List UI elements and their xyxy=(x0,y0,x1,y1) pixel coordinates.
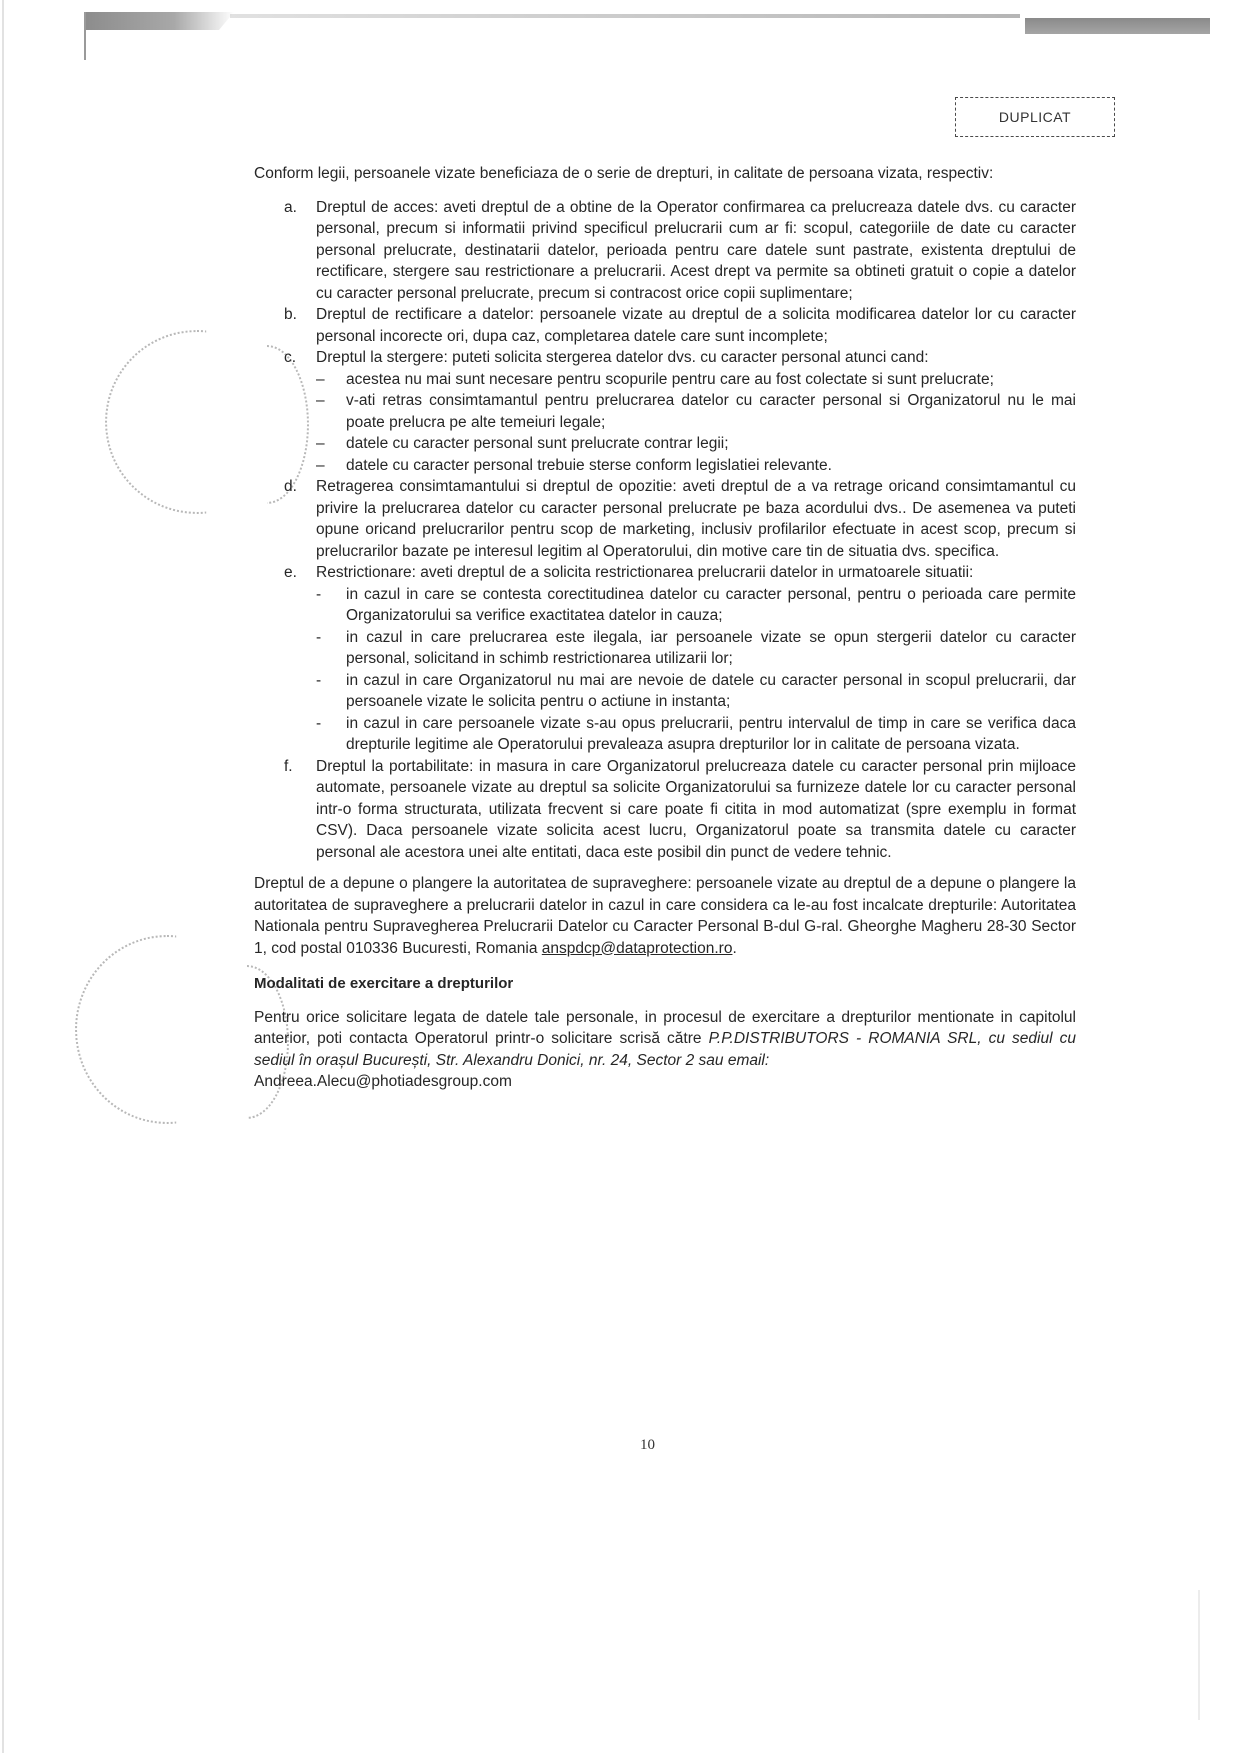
dash-bullet-icon: – xyxy=(316,390,325,412)
right-text: Dreptul de rectificare a datelor: persoa… xyxy=(316,306,1076,345)
document-body: Conform legii, persoanele vizate benefic… xyxy=(254,163,1076,1093)
list-marker: e. xyxy=(284,562,297,584)
scan-edge-top-left xyxy=(84,12,86,60)
faded-seal-stamp-icon xyxy=(75,935,259,1124)
condition-item: –datele cu caracter personal sunt preluc… xyxy=(316,433,1076,455)
condition-item: -in cazul in care persoanele vizate s-au… xyxy=(316,713,1076,756)
hyphen-bullet-icon: - xyxy=(316,584,321,606)
page-number: 10 xyxy=(640,1437,655,1454)
dash-bullet-icon: – xyxy=(316,433,325,455)
right-item-restriction: e. Restrictionare: aveti dreptul de a so… xyxy=(254,562,1076,756)
intro-paragraph: Conform legii, persoanele vizate benefic… xyxy=(254,163,1076,185)
scan-edge-left xyxy=(2,0,4,1753)
operator-email[interactable]: Andreea.Alecu@photiadesgroup.com xyxy=(254,1073,512,1090)
hyphen-bullet-icon: - xyxy=(316,627,321,649)
duplicate-stamp-label: DUPLICAT xyxy=(999,109,1071,125)
dash-bullet-icon: – xyxy=(316,455,325,477)
hyphen-bullet-icon: - xyxy=(316,713,321,735)
right-item-rectification: b. Dreptul de rectificare a datelor: per… xyxy=(254,304,1076,347)
list-marker: b. xyxy=(284,304,297,326)
scan-shadow-top-left xyxy=(84,12,234,30)
list-marker: c. xyxy=(284,347,296,369)
scan-shadow-top xyxy=(230,14,1020,18)
list-marker: f. xyxy=(284,756,293,778)
list-marker: d. xyxy=(284,476,297,498)
condition-item: -in cazul in care se contesta corectitud… xyxy=(316,584,1076,627)
right-text: Restrictionare: aveti dreptul de a solic… xyxy=(316,564,973,581)
condition-item: –v-ati retras consimtamantul pentru prel… xyxy=(316,390,1076,433)
condition-item: –datele cu caracter personal trebuie ste… xyxy=(316,455,1076,477)
hyphen-bullet-icon: - xyxy=(316,670,321,692)
condition-item: -in cazul in care prelucrarea este ilega… xyxy=(316,627,1076,670)
right-text: Retragerea consimtamantului si dreptul d… xyxy=(316,478,1076,560)
condition-item: -in cazul in care Organizatorul nu mai a… xyxy=(316,670,1076,713)
restriction-conditions-list: -in cazul in care se contesta corectitud… xyxy=(316,584,1076,756)
right-item-portability: f. Dreptul la portabilitate: in masura i… xyxy=(254,756,1076,864)
right-item-access: a. Dreptul de acces: aveti dreptul de a … xyxy=(254,197,1076,305)
rights-list: a. Dreptul de acces: aveti dreptul de a … xyxy=(254,197,1076,864)
authority-email-link[interactable]: anspdcp@dataprotection.ro xyxy=(542,940,733,957)
condition-item: –acestea nu mai sunt necesare pentru sco… xyxy=(316,369,1076,391)
right-text: Dreptul la stergere: puteti solicita ste… xyxy=(316,349,929,366)
scan-shadow-top-right xyxy=(1025,18,1210,34)
dash-bullet-icon: – xyxy=(316,369,325,391)
erasure-conditions-list: –acestea nu mai sunt necesare pentru sco… xyxy=(316,369,1076,477)
right-text: Dreptul de acces: aveti dreptul de a obt… xyxy=(316,199,1076,302)
complaint-paragraph: Dreptul de a depune o plangere la autori… xyxy=(254,873,1076,959)
list-marker: a. xyxy=(284,197,297,219)
right-item-erasure: c. Dreptul la stergere: puteti solicita … xyxy=(254,347,1076,476)
right-item-withdrawal-objection: d. Retragerea consimtamantului si dreptu… xyxy=(254,476,1076,562)
section-heading: Modalitati de exercitare a drepturilor xyxy=(254,973,1076,995)
duplicate-stamp: DUPLICAT xyxy=(955,97,1115,137)
contact-paragraph: Pentru orice solicitare legata de datele… xyxy=(254,1007,1076,1093)
right-text: Dreptul la portabilitate: in masura in c… xyxy=(316,758,1076,861)
scan-edge-right xyxy=(1198,1590,1200,1720)
